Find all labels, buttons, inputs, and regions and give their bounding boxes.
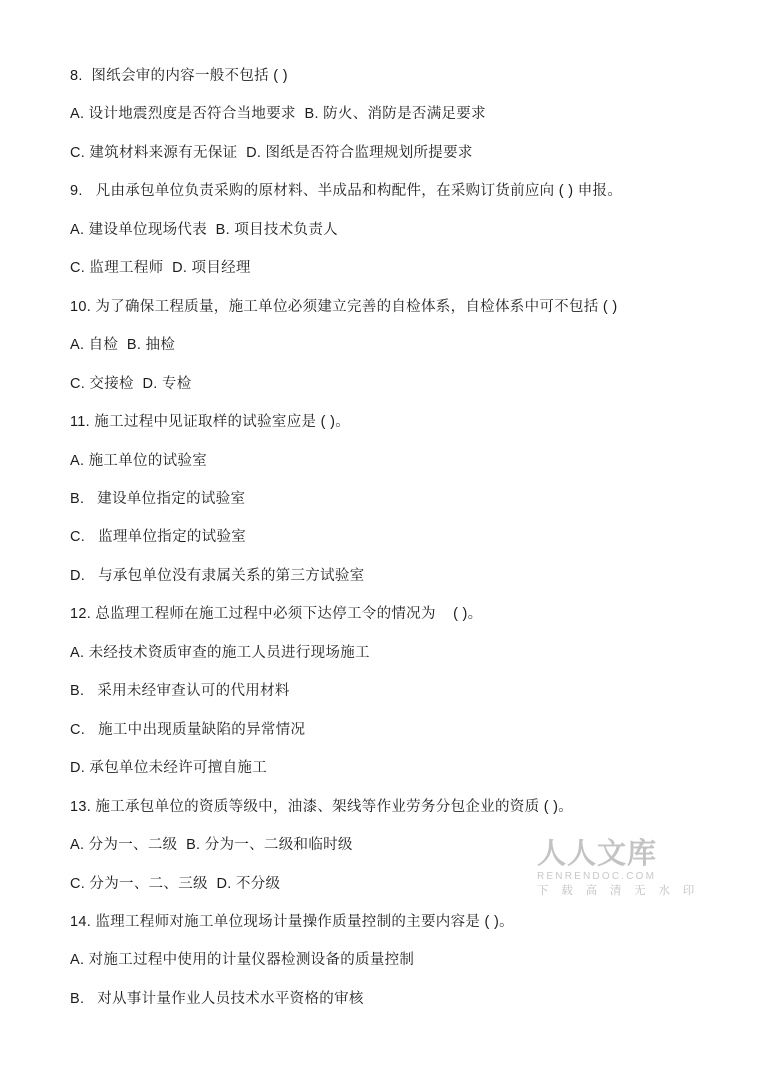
question-8: 8. 图纸会审的内容一般不包括 ( ) A. 设计地震烈度是否符合当地要求 B.… xyxy=(70,57,713,172)
question-9: 9. 凡由承包单位负责采购的原材料、半成品和构配件，在采购订货前应向 ( ) 申… xyxy=(70,172,713,287)
question-11-option-line-d: D. 与承包单位没有隶属关系的第三方试验室 xyxy=(70,557,713,595)
question-12: 12. 总监理工程师在施工过程中必须下达停工令的情况为 ( )。 A. 未经技术… xyxy=(70,595,713,787)
question-14-option-line-b: B. 对从事计量作业人员技术水平资格的审核 xyxy=(70,980,713,1018)
question-8-stem: 8. 图纸会审的内容一般不包括 ( ) xyxy=(70,57,713,95)
question-10-stem: 10. 为了确保工程质量，施工单位必须建立完善的自检体系，自检体系中可不包括 (… xyxy=(70,288,713,326)
document-page: 8. 图纸会审的内容一般不包括 ( ) A. 设计地震烈度是否符合当地要求 B.… xyxy=(0,0,761,1080)
question-10-option-line-ab: A. 自检 B. 抽检 xyxy=(70,326,713,364)
question-8-option-line-ab: A. 设计地震烈度是否符合当地要求 B. 防火、消防是否满足要求 xyxy=(70,95,713,133)
question-12-option-line-d: D. 承包单位未经许可擅自施工 xyxy=(70,749,713,787)
question-13-option-line-cd: C. 分为一、二、三级 D. 不分级 xyxy=(70,865,713,903)
question-13-stem: 13. 施工承包单位的资质等级中，油漆、架线等作业劳务分包企业的资质 ( )。 xyxy=(70,788,713,826)
question-14-option-line-a: A. 对施工过程中使用的计量仪器检测设备的质量控制 xyxy=(70,941,713,979)
question-11-option-line-a: A. 施工单位的试验室 xyxy=(70,442,713,480)
question-12-option-line-c: C. 施工中出现质量缺陷的异常情况 xyxy=(70,711,713,749)
question-9-stem: 9. 凡由承包单位负责采购的原材料、半成品和构配件，在采购订货前应向 ( ) 申… xyxy=(70,172,713,210)
question-9-option-line-cd: C. 监理工程师 D. 项目经理 xyxy=(70,249,713,287)
question-11-option-line-b: B. 建设单位指定的试验室 xyxy=(70,480,713,518)
question-11: 11. 施工过程中见证取样的试验室应是 ( )。 A. 施工单位的试验室 B. … xyxy=(70,403,713,595)
question-12-option-line-b: B. 采用未经审查认可的代用材料 xyxy=(70,672,713,710)
question-12-option-line-a: A. 未经技术资质审查的施工人员进行现场施工 xyxy=(70,634,713,672)
question-13-option-line-ab: A. 分为一、二级 B. 分为一、二级和临时级 xyxy=(70,826,713,864)
question-10: 10. 为了确保工程质量，施工单位必须建立完善的自检体系，自检体系中可不包括 (… xyxy=(70,288,713,403)
question-8-option-line-cd: C. 建筑材料来源有无保证 D. 图纸是否符合监理规划所提要求 xyxy=(70,134,713,172)
question-11-stem: 11. 施工过程中见证取样的试验室应是 ( )。 xyxy=(70,403,713,441)
question-12-stem: 12. 总监理工程师在施工过程中必须下达停工令的情况为 ( )。 xyxy=(70,595,713,633)
question-9-option-line-ab: A. 建设单位现场代表 B. 项目技术负责人 xyxy=(70,211,713,249)
exam-question-list: 8. 图纸会审的内容一般不包括 ( ) A. 设计地震烈度是否符合当地要求 B.… xyxy=(70,57,713,1018)
question-13: 13. 施工承包单位的资质等级中，油漆、架线等作业劳务分包企业的资质 ( )。 … xyxy=(70,788,713,903)
question-11-option-line-c: C. 监理单位指定的试验室 xyxy=(70,518,713,556)
question-10-option-line-cd: C. 交接检 D. 专检 xyxy=(70,365,713,403)
question-14: 14. 监理工程师对施工单位现场计量操作质量控制的主要内容是 ( )。 A. 对… xyxy=(70,903,713,1018)
question-14-stem: 14. 监理工程师对施工单位现场计量操作质量控制的主要内容是 ( )。 xyxy=(70,903,713,941)
